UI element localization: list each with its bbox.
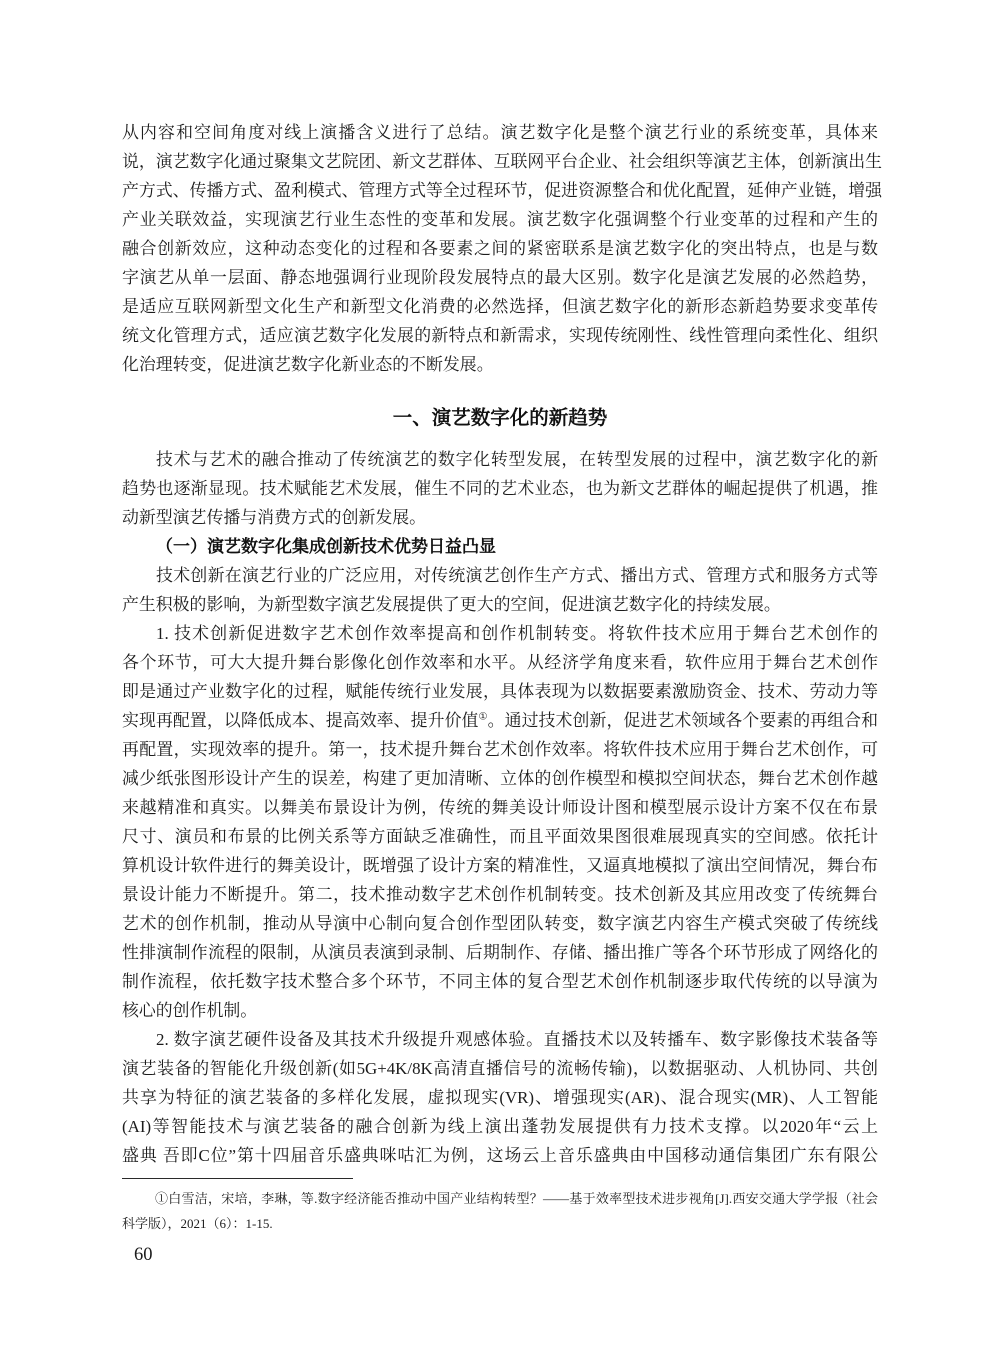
- text-line: 来越精准和真实。以舞美布景设计为例，传统的舞美设计师设计图和模型展示设计方案不仅…: [122, 793, 878, 822]
- subsection-heading: （一）演艺数字化集成创新技术优势日益凸显: [122, 532, 878, 561]
- text-line: 艺术的创作机制，推动从导演中心制向复合创作型团队转变，数字演艺内容生产模式突破了…: [122, 909, 878, 938]
- text-line: 性排演制作流程的限制，从演员表演到录制、后期制作、存储、播出推广等各个环节形成了…: [122, 938, 878, 967]
- text-line: (AI)等智能技术与演艺装备的融合创新为线上演出蓬勃发展提供有力技术支撑。以20…: [122, 1112, 878, 1141]
- text-line: 2. 数字演艺硬件设备及其技术升级提升观感体验。直播技术以及转播车、数字影像技术…: [122, 1025, 878, 1054]
- text-line: 技术与艺术的融合推动了传统演艺的数字化转型发展，在转型发展的过程中，演艺数字化的…: [122, 445, 878, 474]
- text-segment: 实现再配置，以降低成本、提高效率、提升价值: [122, 711, 479, 730]
- numbered-paragraph-1: 1. 技术创新促进数字艺术创作效率提高和创作机制转变。将软件技术应用于舞台艺术创…: [122, 619, 878, 1025]
- text-line: 即是通过产业数字化的过程，赋能传统行业发展，具体表现为以数据要素激励资金、技术、…: [122, 677, 878, 706]
- text-line: 减少纸张图形设计产生的误差，构建了更加清晰、立体的创作模型和模拟空间状态，舞台艺…: [122, 764, 878, 793]
- paragraph: 技术与艺术的融合推动了传统演艺的数字化转型发展，在转型发展的过程中，演艺数字化的…: [122, 445, 878, 532]
- text-line: 从内容和空间角度对线上演播含义进行了总结。演艺数字化是整个演艺行业的系统变革，具…: [122, 118, 878, 147]
- text-line: 科学版），2021（6）：1-15.: [122, 1211, 878, 1236]
- text-line: 动新型演艺传播与消费方式的创新发展。: [122, 503, 878, 532]
- text-line: 技术创新在演艺行业的广泛应用，对传统演艺创作生产方式、播出方式、管理方式和服务方…: [122, 561, 878, 590]
- footnote: ①白雪洁，宋培，李琳，等.数字经济能否推动中国产业结构转型？——基于效率型技术进…: [122, 1186, 878, 1236]
- text-line: 统文化管理方式，适应演艺数字化发展的新特点和新需求，实现传统刚性、线性管理向柔性…: [122, 321, 878, 350]
- numbered-paragraph-2: 2. 数字演艺硬件设备及其技术升级提升观感体验。直播技术以及转播车、数字影像技术…: [122, 1025, 878, 1170]
- text-segment: 。通过技术创新，促进艺术领域各个要素的再组合和: [488, 711, 878, 730]
- text-line: 趋势也逐渐显现。技术赋能艺术发展，催生不同的艺术业态，也为新文艺群体的崛起提供了…: [122, 474, 878, 503]
- footnote-separator: [122, 1178, 353, 1179]
- text-line: 实现再配置，以降低成本、提高效率、提升价值①。通过技术创新，促进艺术领域各个要素…: [122, 706, 878, 735]
- text-line: 尺寸、演员和布景的比例关系等方面缺乏准确性，而且平面效果图很难展现真实的空间感。…: [122, 822, 878, 851]
- page-content: 从内容和空间角度对线上演播含义进行了总结。演艺数字化是整个演艺行业的系统变革，具…: [122, 118, 878, 1267]
- text-line: 核心的创作机制。: [122, 996, 878, 1025]
- text-line: 算机设计软件进行的舞美设计，既增强了设计方案的精准性，又逼真地模拟了演出空间情况…: [122, 851, 878, 880]
- text-line: 制作流程，依托数字技术整合多个环节，不同主体的复合型艺术创作机制逐步取代传统的以…: [122, 967, 878, 996]
- paragraph-continuation: 从内容和空间角度对线上演播含义进行了总结。演艺数字化是整个演艺行业的系统变革，具…: [122, 118, 878, 379]
- section-heading: 一、演艺数字化的新趋势: [122, 403, 878, 433]
- text-line: 化治理转变，促进演艺数字化新业态的不断发展。: [122, 350, 878, 379]
- text-line: 盛典 吾即C位”第十四届音乐盛典咪咕汇为例，这场云上音乐盛典由中国移动通信集团广…: [122, 1141, 878, 1170]
- text-line: 再配置，实现效率的提升。第一，技术提升舞台艺术创作效率。将软件技术应用于舞台艺术…: [122, 735, 878, 764]
- text-line: 各个环节，可大大提升舞台影像化创作效率和水平。从经济学角度来看，软件应用于舞台艺…: [122, 648, 878, 677]
- footnote-reference-marker: ①: [479, 711, 488, 722]
- text-line: 说，演艺数字化通过聚集文艺院团、新文艺群体、互联网平台企业、社会组织等演艺主体，…: [122, 147, 878, 176]
- page-number: 60: [122, 1243, 878, 1267]
- text-line: 景设计能力不断提升。第二，技术推动数字艺术创作机制转变。技术创新及其应用改变了传…: [122, 880, 878, 909]
- text-line: 演艺装备的智能化升级创新(如5G+4K/8K高清直播信号的流畅传输)，以数据驱动…: [122, 1054, 878, 1083]
- text-line: 融合创新效应，这种动态变化的过程和各要素之间的紧密联系是演艺数字化的突出特点，也…: [122, 234, 878, 263]
- text-line: 产生积极的影响，为新型数字演艺发展提供了更大的空间，促进演艺数字化的持续发展。: [122, 590, 878, 619]
- text-line: 1. 技术创新促进数字艺术创作效率提高和创作机制转变。将软件技术应用于舞台艺术创…: [122, 619, 878, 648]
- text-line: 是适应互联网新型文化生产和新型文化消费的必然选择，但演艺数字化的新形态新趋势要求…: [122, 292, 878, 321]
- text-line: ①白雪洁，宋培，李琳，等.数字经济能否推动中国产业结构转型？——基于效率型技术进…: [122, 1186, 878, 1211]
- text-line: 字演艺从单一层面、静态地强调行业现阶段发展特点的最大区别。数字化是演艺发展的必然…: [122, 263, 878, 292]
- document-page: 从内容和空间角度对线上演播含义进行了总结。演艺数字化是整个演艺行业的系统变革，具…: [0, 0, 1000, 1347]
- text-line: 产业关联效益，实现演艺行业生态性的变革和发展。演艺数字化强调整个行业变革的过程和…: [122, 205, 878, 234]
- text-line: 产方式、传播方式、盈利模式、管理方式等全过程环节，促进资源整合和优化配置，延伸产…: [122, 176, 878, 205]
- text-line: 共享为特征的演艺装备的多样化发展，虚拟现实(VR)、增强现实(AR)、混合现实(…: [122, 1083, 878, 1112]
- paragraph: 技术创新在演艺行业的广泛应用，对传统演艺创作生产方式、播出方式、管理方式和服务方…: [122, 561, 878, 619]
